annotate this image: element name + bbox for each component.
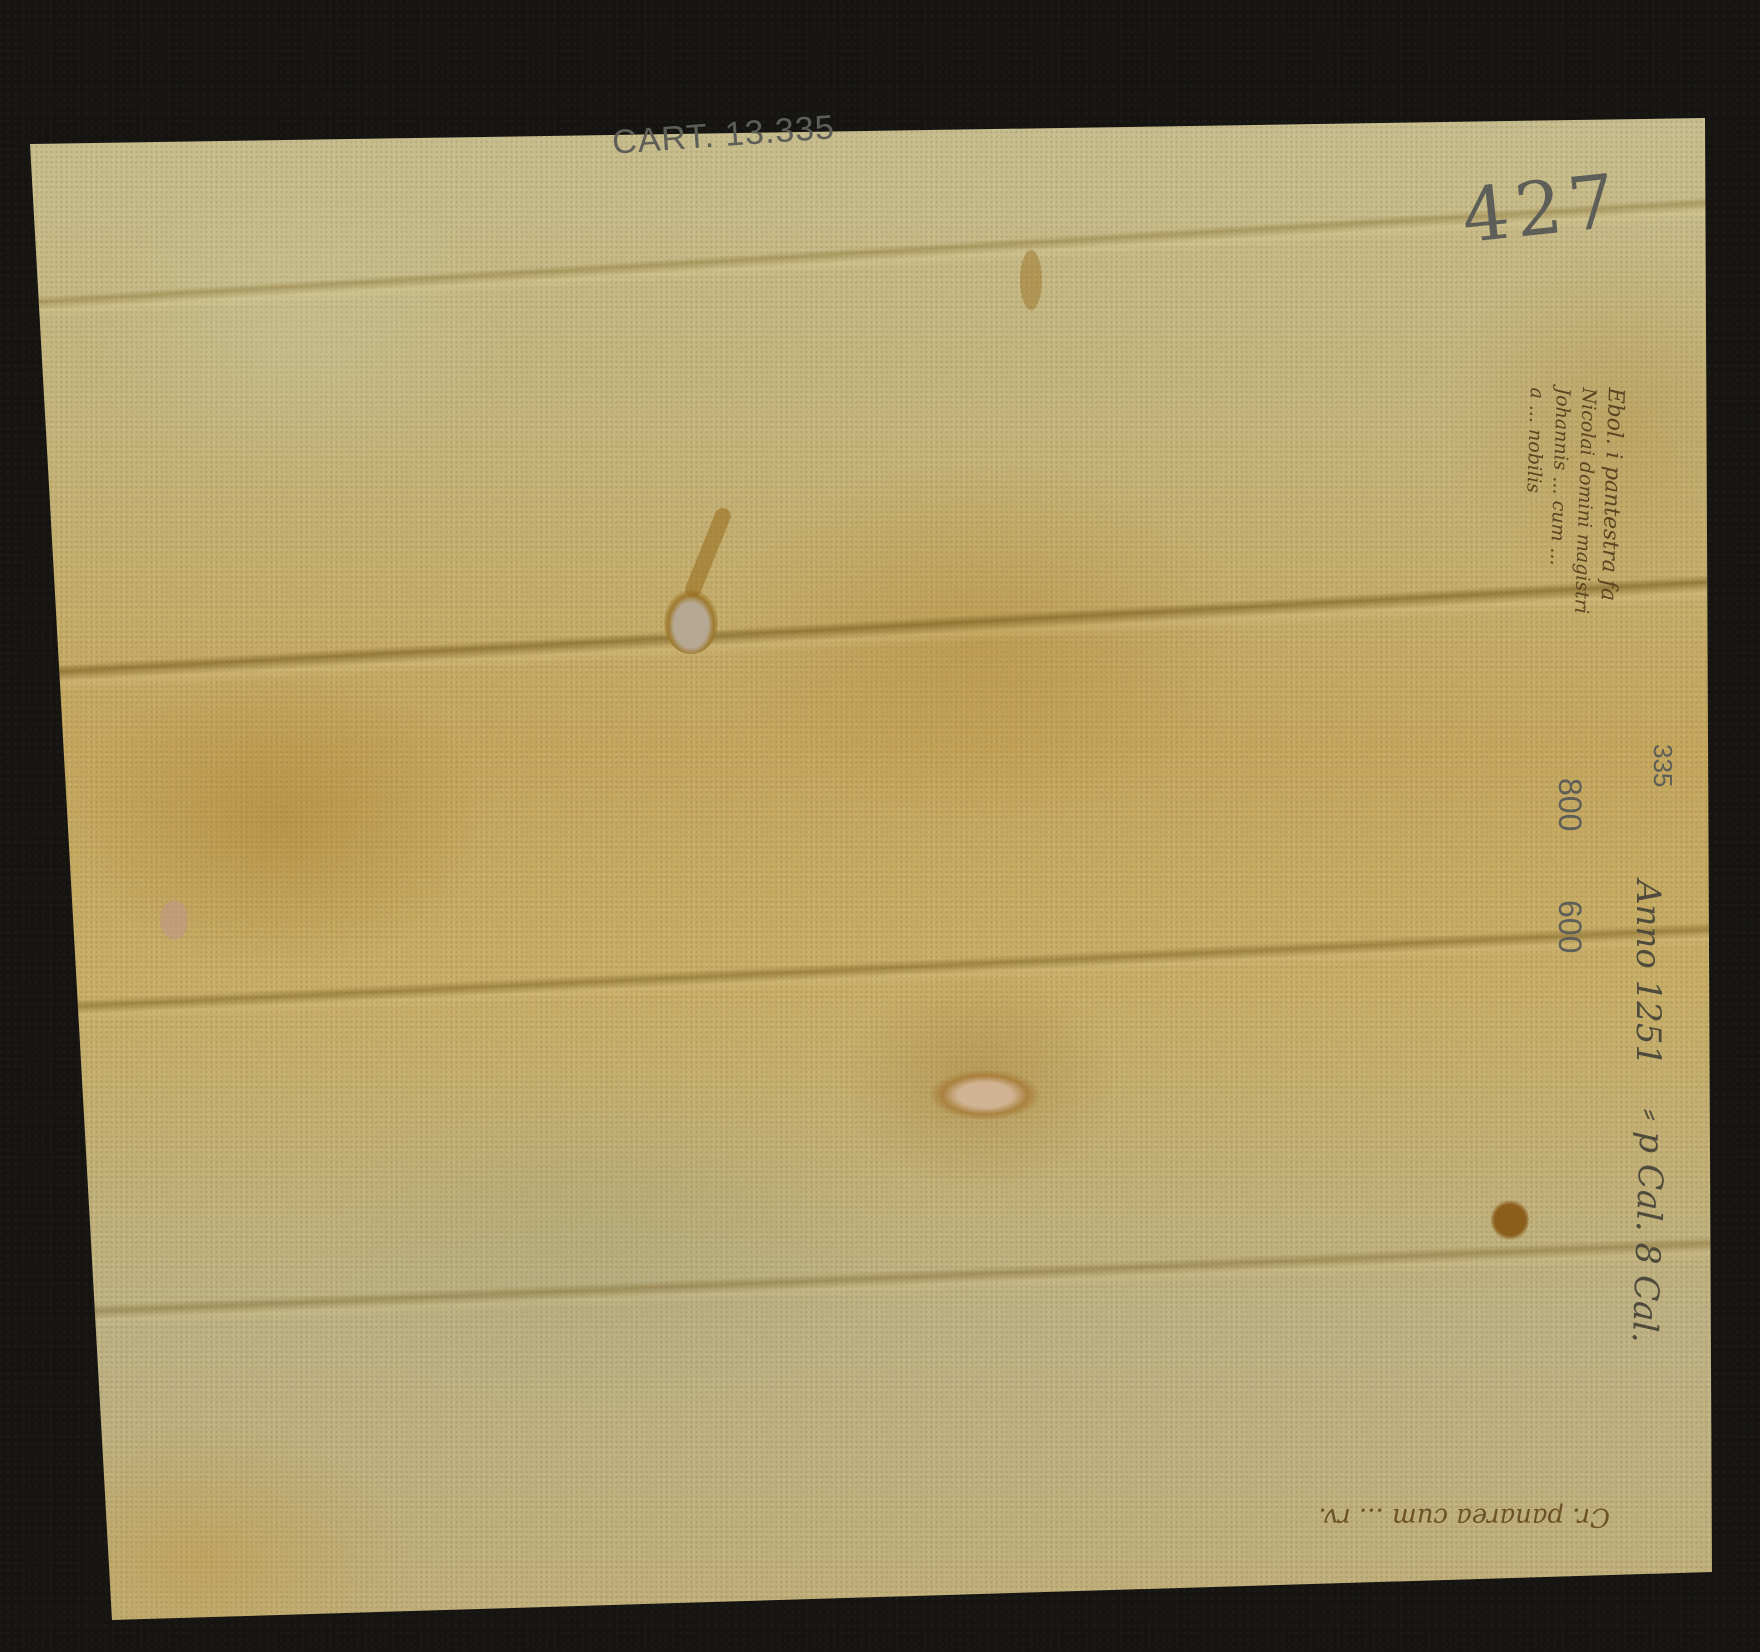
round-stain — [1491, 1199, 1529, 1241]
vertical-number-800: 800 — [1551, 778, 1588, 831]
stain-top — [1020, 250, 1042, 310]
dorsal-note-line: Ebol. i pantestra fa — [1596, 387, 1628, 601]
top-right-number: 427 — [1458, 158, 1625, 260]
dorsal-note-line: a ... nobilis — [1522, 387, 1548, 493]
stain-center-bottom — [930, 1070, 1040, 1120]
vertical-note-date: ⸗ p Cal. 8 Cal. — [1624, 1109, 1672, 1344]
dorsal-note-line: Johannis ... cum ... — [1546, 387, 1574, 566]
dorsal-note: Ebol. i pantestra fa Nicolai domini magi… — [1500, 388, 1650, 678]
vertical-note-anno: Anno 1251 — [1628, 880, 1668, 1066]
drop-stain — [664, 590, 718, 654]
stain-left — [160, 900, 188, 940]
vertical-number-600: 600 — [1551, 900, 1588, 953]
bottom-inverted-note: Cr. panarea cum ... rv. — [1318, 1502, 1610, 1532]
vertical-number-335: 335 — [1647, 744, 1678, 787]
